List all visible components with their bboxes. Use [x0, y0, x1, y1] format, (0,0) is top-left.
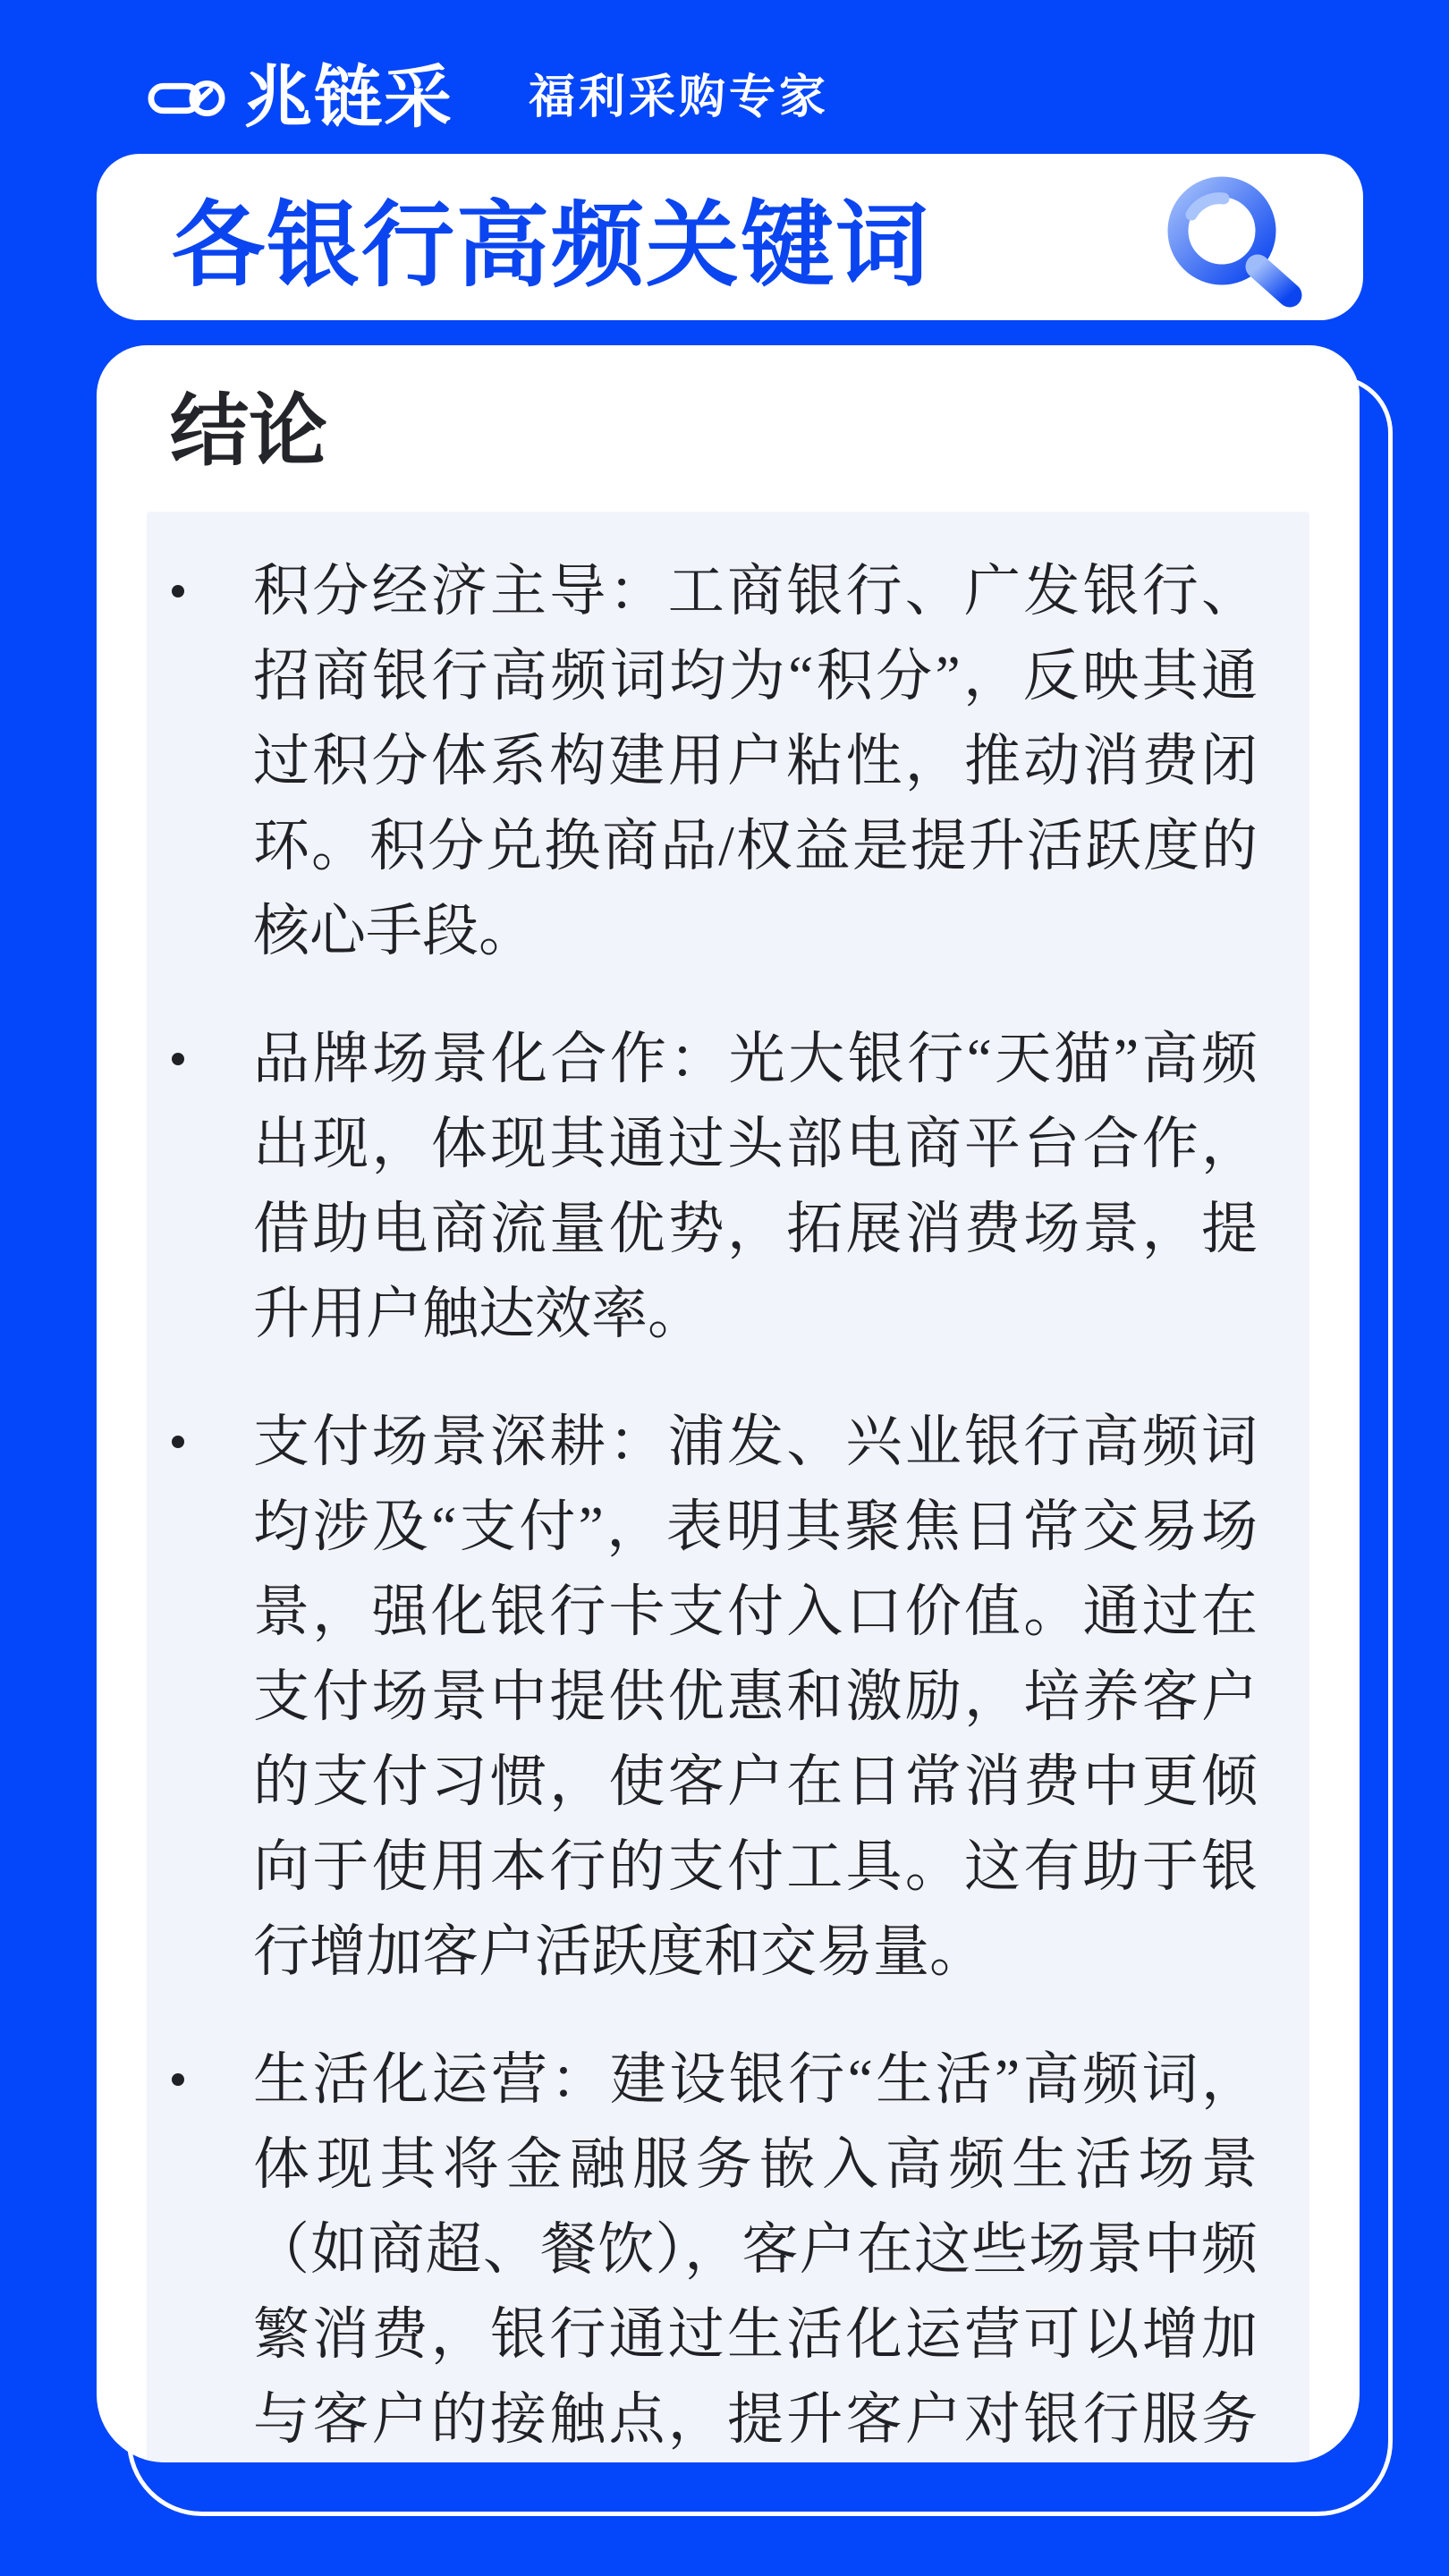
title-banner: 各银行高频关键词 — [97, 154, 1363, 320]
list-item: 生活化运营：建设银行“生活”高频词，体现其将金融服务嵌入高频生活场景（如商超、餐… — [147, 2038, 1258, 2462]
list-item: 积分经济主导：工商银行、广发银行、招商银行高频词均为“积分”，反映其通过积分体系… — [147, 549, 1258, 974]
magnifier-icon — [1157, 175, 1311, 311]
conclusion-card: 结论 积分经济主导：工商银行、广发银行、招商银行高频词均为“积分”，反映其通过积… — [97, 345, 1360, 2462]
chain-link-icon — [148, 78, 226, 119]
conclusion-panel: 积分经济主导：工商银行、广发银行、招商银行高频词均为“积分”，反映其通过积分体系… — [147, 512, 1309, 2462]
list-item: 支付场景深耕：浦发、兴业银行高频词均涉及“支付”，表明其聚焦日常交易场景，强化银… — [147, 1400, 1258, 1995]
section-title: 结论 — [170, 392, 1360, 474]
bullet-text: 生活化运营：建设银行“生活”高频词，体现其将金融服务嵌入高频生活场景（如商超、餐… — [253, 2048, 1258, 2462]
brand-name: 兆链采 — [244, 64, 453, 132]
bullet-text: 积分经济主导：工商银行、广发银行、招商银行高频词均为“积分”，反映其通过积分体系… — [253, 560, 1258, 962]
bullet-text: 支付场景深耕：浦发、兴业银行高频词均涉及“支付”，表明其聚焦日常交易场景，强化银… — [253, 1411, 1258, 1983]
list-item: 品牌场景化合作：光大银行“天猫”高频出现，体现其通过头部电商平台合作，借助电商流… — [147, 1017, 1258, 1357]
bullet-dot-icon — [172, 2073, 184, 2086]
brand-tagline: 福利采购专家 — [529, 75, 829, 122]
bullet-dot-icon — [172, 1436, 184, 1448]
conclusion-list: 积分经济主导：工商银行、广发银行、招商银行高频词均为“积分”，反映其通过积分体系… — [147, 549, 1258, 2462]
bullet-text: 品牌场景化合作：光大银行“天猫”高频出现，体现其通过头部电商平台合作，借助电商流… — [253, 1028, 1258, 1345]
header: 兆链采 福利采购专家 — [148, 52, 829, 145]
bullet-dot-icon — [172, 1053, 184, 1065]
page-title: 各银行高频关键词 — [172, 170, 930, 304]
bullet-dot-icon — [172, 585, 184, 597]
